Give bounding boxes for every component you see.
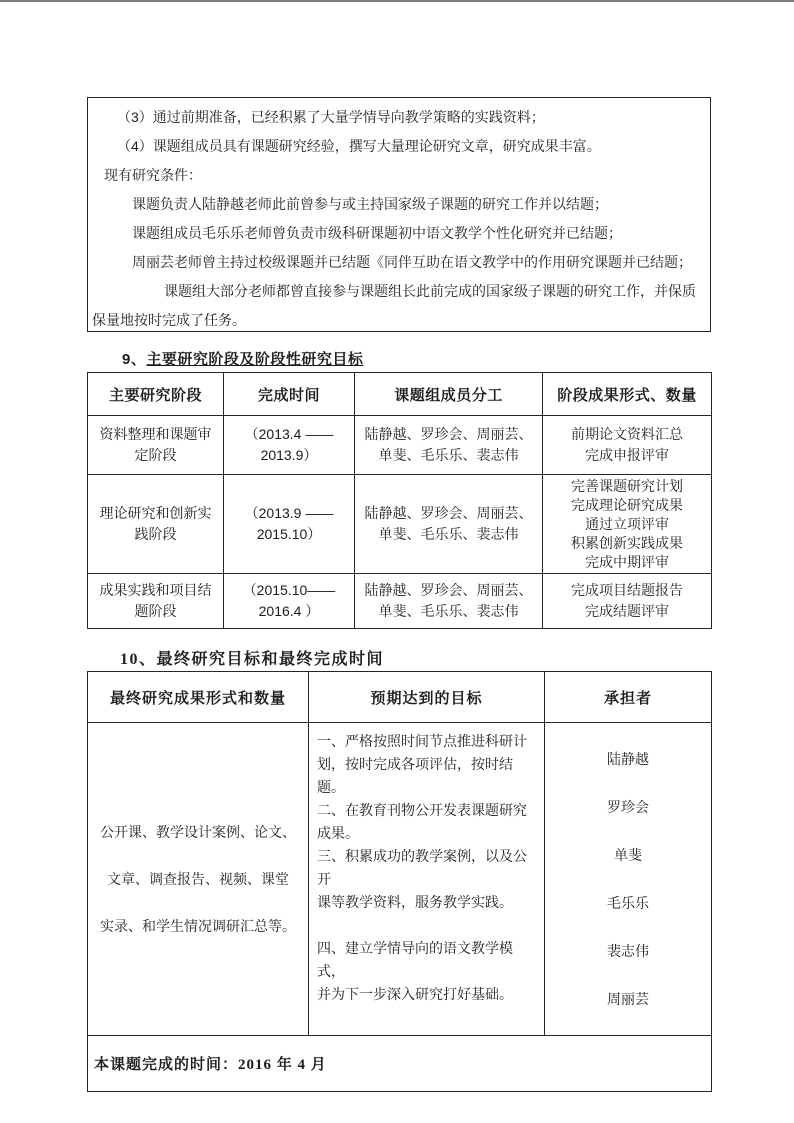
table-row: 公开课、教学设计案例、论文、 文章、调查报告、视频、课堂 实录、和学生情况调研汇… <box>88 723 712 1036</box>
column-header-undertakers: 承担者 <box>545 672 712 723</box>
column-header-stage: 主要研究阶段 <box>88 373 224 416</box>
column-header-time: 完成时间 <box>224 373 355 416</box>
time-cell: （2013.4 —— 2013.9） <box>224 416 355 475</box>
condition-paragraph: （3）通过前期准备，已经积累了大量学情导向教学策略的实践资料； <box>92 103 706 132</box>
table-header-row: 最终研究成果形式和数量 预期达到的目标 承担者 <box>88 672 712 723</box>
table-row: 本课题完成的时间：2016 年 4 月 <box>88 1036 712 1092</box>
research-conditions-box: （3）通过前期准备，已经积累了大量学情导向教学策略的实践资料； （4）课题组成员… <box>87 97 711 332</box>
section-9-title-text: 主要研究阶段及阶段性研究目标 <box>146 351 363 368</box>
column-header-expected-goals: 预期达到的目标 <box>309 672 545 723</box>
column-header-result-forms: 最终研究成果形式和数量 <box>88 672 309 723</box>
undertaker-name: 周丽芸 <box>545 987 711 1011</box>
stage-cell: 成果实践和项目结 题阶段 <box>88 574 224 629</box>
undertaker-name: 罗珍会 <box>545 795 711 819</box>
table-header-row: 主要研究阶段 完成时间 课题组成员分工 阶段成果形式、数量 <box>88 373 712 416</box>
members-cell: 陆静越、罗珍会、周丽芸、 单斐、毛乐乐、裴志伟 <box>355 574 543 629</box>
condition-paragraph: （4）课题组成员具有课题研究经验，撰写大量理论研究文章，研究成果丰富。 <box>92 132 706 161</box>
condition-paragraph: 现有研究条件： <box>92 161 706 190</box>
section-9-title: 9、主要研究阶段及阶段性研究目标 <box>122 348 363 369</box>
research-stages-table: 主要研究阶段 完成时间 课题组成员分工 阶段成果形式、数量 资料整理和课题审 定… <box>87 372 712 629</box>
undertakers-cell: 陆静越 罗珍会 单斐 毛乐乐 裴志伟 周丽芸 <box>545 723 712 1036</box>
section-10-number: 10、 <box>120 651 157 668</box>
time-cell: （2015.10—— 2016.4 ） <box>224 574 355 629</box>
column-header-members: 课题组成员分工 <box>355 373 543 416</box>
final-goals-table: 最终研究成果形式和数量 预期达到的目标 承担者 公开课、教学设计案例、论文、 文… <box>87 671 712 1092</box>
undertaker-name: 陆静越 <box>545 747 711 771</box>
undertaker-name: 裴志伟 <box>545 939 711 963</box>
column-header-results: 阶段成果形式、数量 <box>543 373 712 416</box>
members-cell: 陆静越、罗珍会、周丽芸、 单斐、毛乐乐、裴志伟 <box>355 475 543 574</box>
condition-paragraph: 周丽芸老师曾主持过校级课题并已结题《同伴互助在语文教学中的作用研究课题并已结题； <box>92 248 706 277</box>
results-cell: 完成项目结题报告 完成结题评审 <box>543 574 712 629</box>
section-9-number: 9、 <box>122 351 146 368</box>
table-row: 理论研究和创新实 践阶段 （2013.9 —— 2015.10） 陆静越、罗珍会… <box>88 475 712 574</box>
expected-goals-cell: 一、严格按照时间节点推进科研计 划，按时完成各项评估，按时结题。 二、在教育刊物… <box>309 723 545 1036</box>
table-row: 成果实践和项目结 题阶段 （2015.10—— 2016.4 ） 陆静越、罗珍会… <box>88 574 712 629</box>
table-row: 资料整理和课题审 定阶段 （2013.4 —— 2013.9） 陆静越、罗珍会、… <box>88 416 712 475</box>
results-cell: 前期论文资料汇总 完成申报评审 <box>543 416 712 475</box>
page-top-edge <box>0 0 794 2</box>
completion-time-cell: 本课题完成的时间：2016 年 4 月 <box>88 1036 712 1092</box>
condition-paragraph: 课题组成员毛乐乐老师曾负责市级科研课题初中语文教学个性化研究并已结题； <box>92 219 706 248</box>
undertaker-name: 毛乐乐 <box>545 891 711 915</box>
condition-paragraph: 课题组大部分老师都曾直接参与课题组长此前完成的国家级子课题的研究工作，并保质 保… <box>92 277 706 335</box>
time-cell: （2013.9 —— 2015.10） <box>224 475 355 574</box>
results-cell: 完善课题研究计划 完成理论研究成果 通过立项评审 积累创新实践成果 完成中期评审 <box>543 475 712 574</box>
result-forms-cell: 公开课、教学设计案例、论文、 文章、调查报告、视频、课堂 实录、和学生情况调研汇… <box>88 723 309 1036</box>
members-cell: 陆静越、罗珍会、周丽芸、 单斐、毛乐乐、裴志伟 <box>355 416 543 475</box>
stage-cell: 理论研究和创新实 践阶段 <box>88 475 224 574</box>
section-10-title: 10、最终研究目标和最终完成时间 <box>120 646 384 669</box>
undertaker-name: 单斐 <box>545 843 711 867</box>
condition-paragraph: 课题负责人陆静越老师此前曾参与或主持国家级子课题的研究工作并以结题； <box>92 190 706 219</box>
stage-cell: 资料整理和课题审 定阶段 <box>88 416 224 475</box>
section-10-title-text: 最终研究目标和最终完成时间 <box>157 651 385 668</box>
